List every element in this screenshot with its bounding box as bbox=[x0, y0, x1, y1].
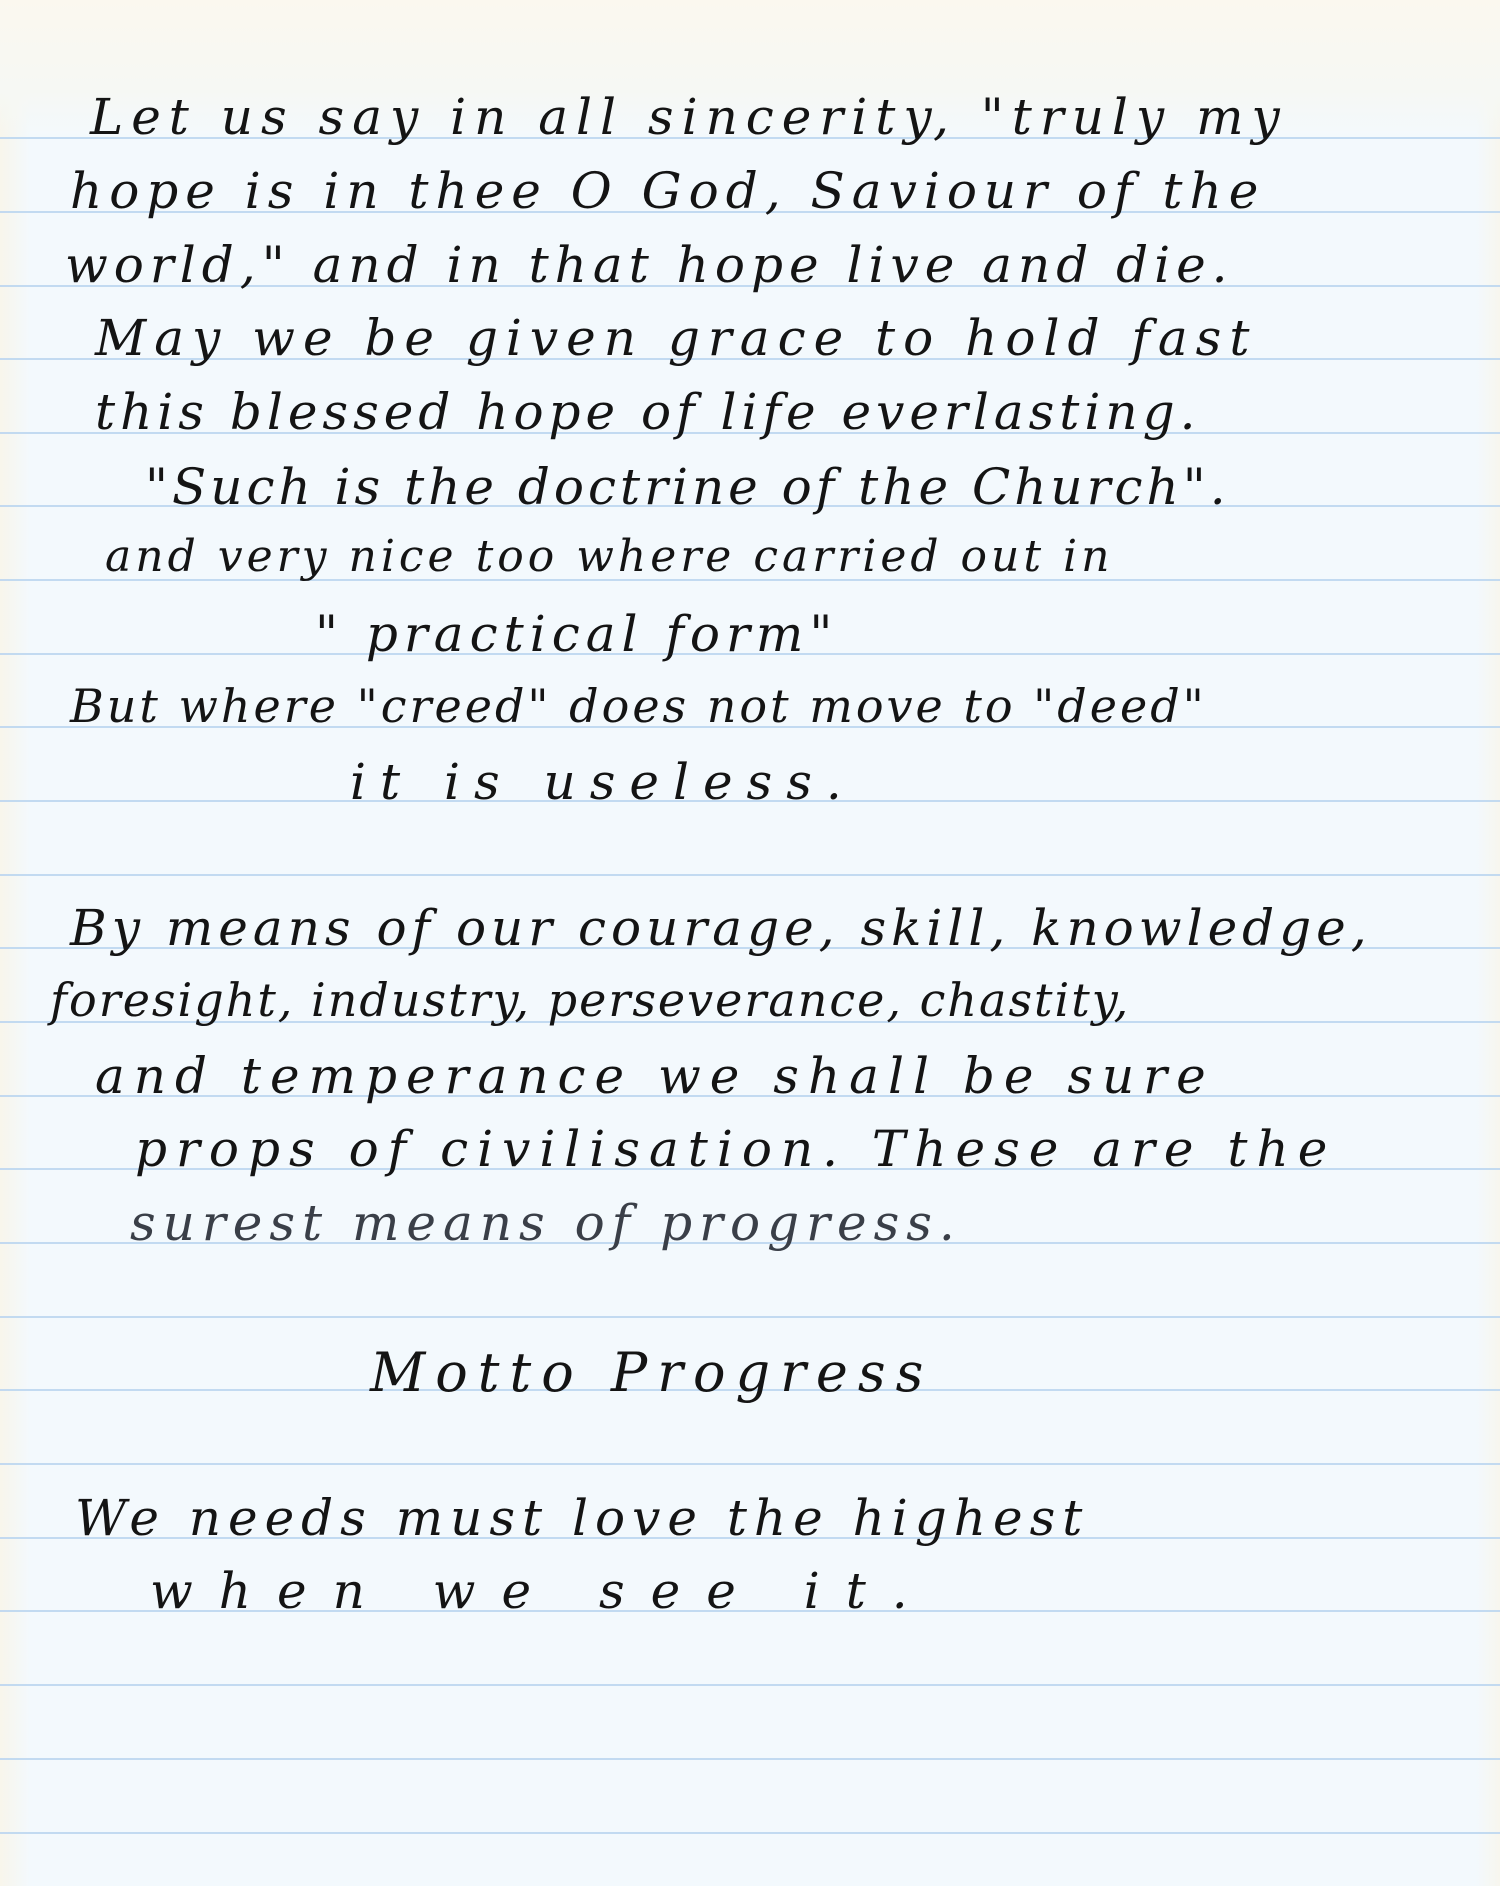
motto-heading: Motto Progress bbox=[370, 1346, 933, 1400]
ruled-line bbox=[0, 874, 1500, 876]
ruled-line bbox=[0, 1463, 1500, 1465]
handwritten-line faint: surest means of progress. bbox=[130, 1198, 962, 1248]
handwritten-line: props of civilisation. These are the bbox=[135, 1124, 1336, 1174]
notebook-page: Let us say in all sincerity, "truly my h… bbox=[0, 0, 1500, 1886]
ruled-line bbox=[0, 1316, 1500, 1318]
handwritten-line: and very nice too where carried out in bbox=[105, 535, 1113, 579]
handwritten-line: We needs must love the highest bbox=[75, 1493, 1089, 1543]
handwritten-line: By means of our courage, skill, knowledg… bbox=[70, 903, 1372, 953]
handwritten-line: May we be given grace to hold fast bbox=[95, 313, 1257, 363]
ruled-line bbox=[0, 1684, 1500, 1686]
handwritten-line: hope is in thee O God, Saviour of the bbox=[70, 166, 1265, 216]
handwritten-line: But where "creed" does not move to "deed… bbox=[70, 683, 1207, 729]
handwritten-line: it is useless. bbox=[350, 757, 856, 807]
handwritten-line: this blessed hope of life everlasting. bbox=[95, 387, 1200, 437]
handwritten-line: "Such is the doctrine of the Church". bbox=[145, 462, 1230, 512]
handwritten-line: foresight, industry, perseverance, chast… bbox=[50, 977, 1130, 1023]
handwritten-line: Let us say in all sincerity, "truly my bbox=[90, 92, 1288, 142]
handwritten-line: when we see it. bbox=[150, 1566, 934, 1616]
handwritten-line: world," and in that hope live and die. bbox=[65, 240, 1234, 290]
ruled-line bbox=[0, 1832, 1500, 1834]
handwritten-line: and temperance we shall be sure bbox=[95, 1051, 1215, 1101]
ruled-line bbox=[0, 1758, 1500, 1760]
handwritten-line: " practical form" bbox=[315, 609, 838, 659]
